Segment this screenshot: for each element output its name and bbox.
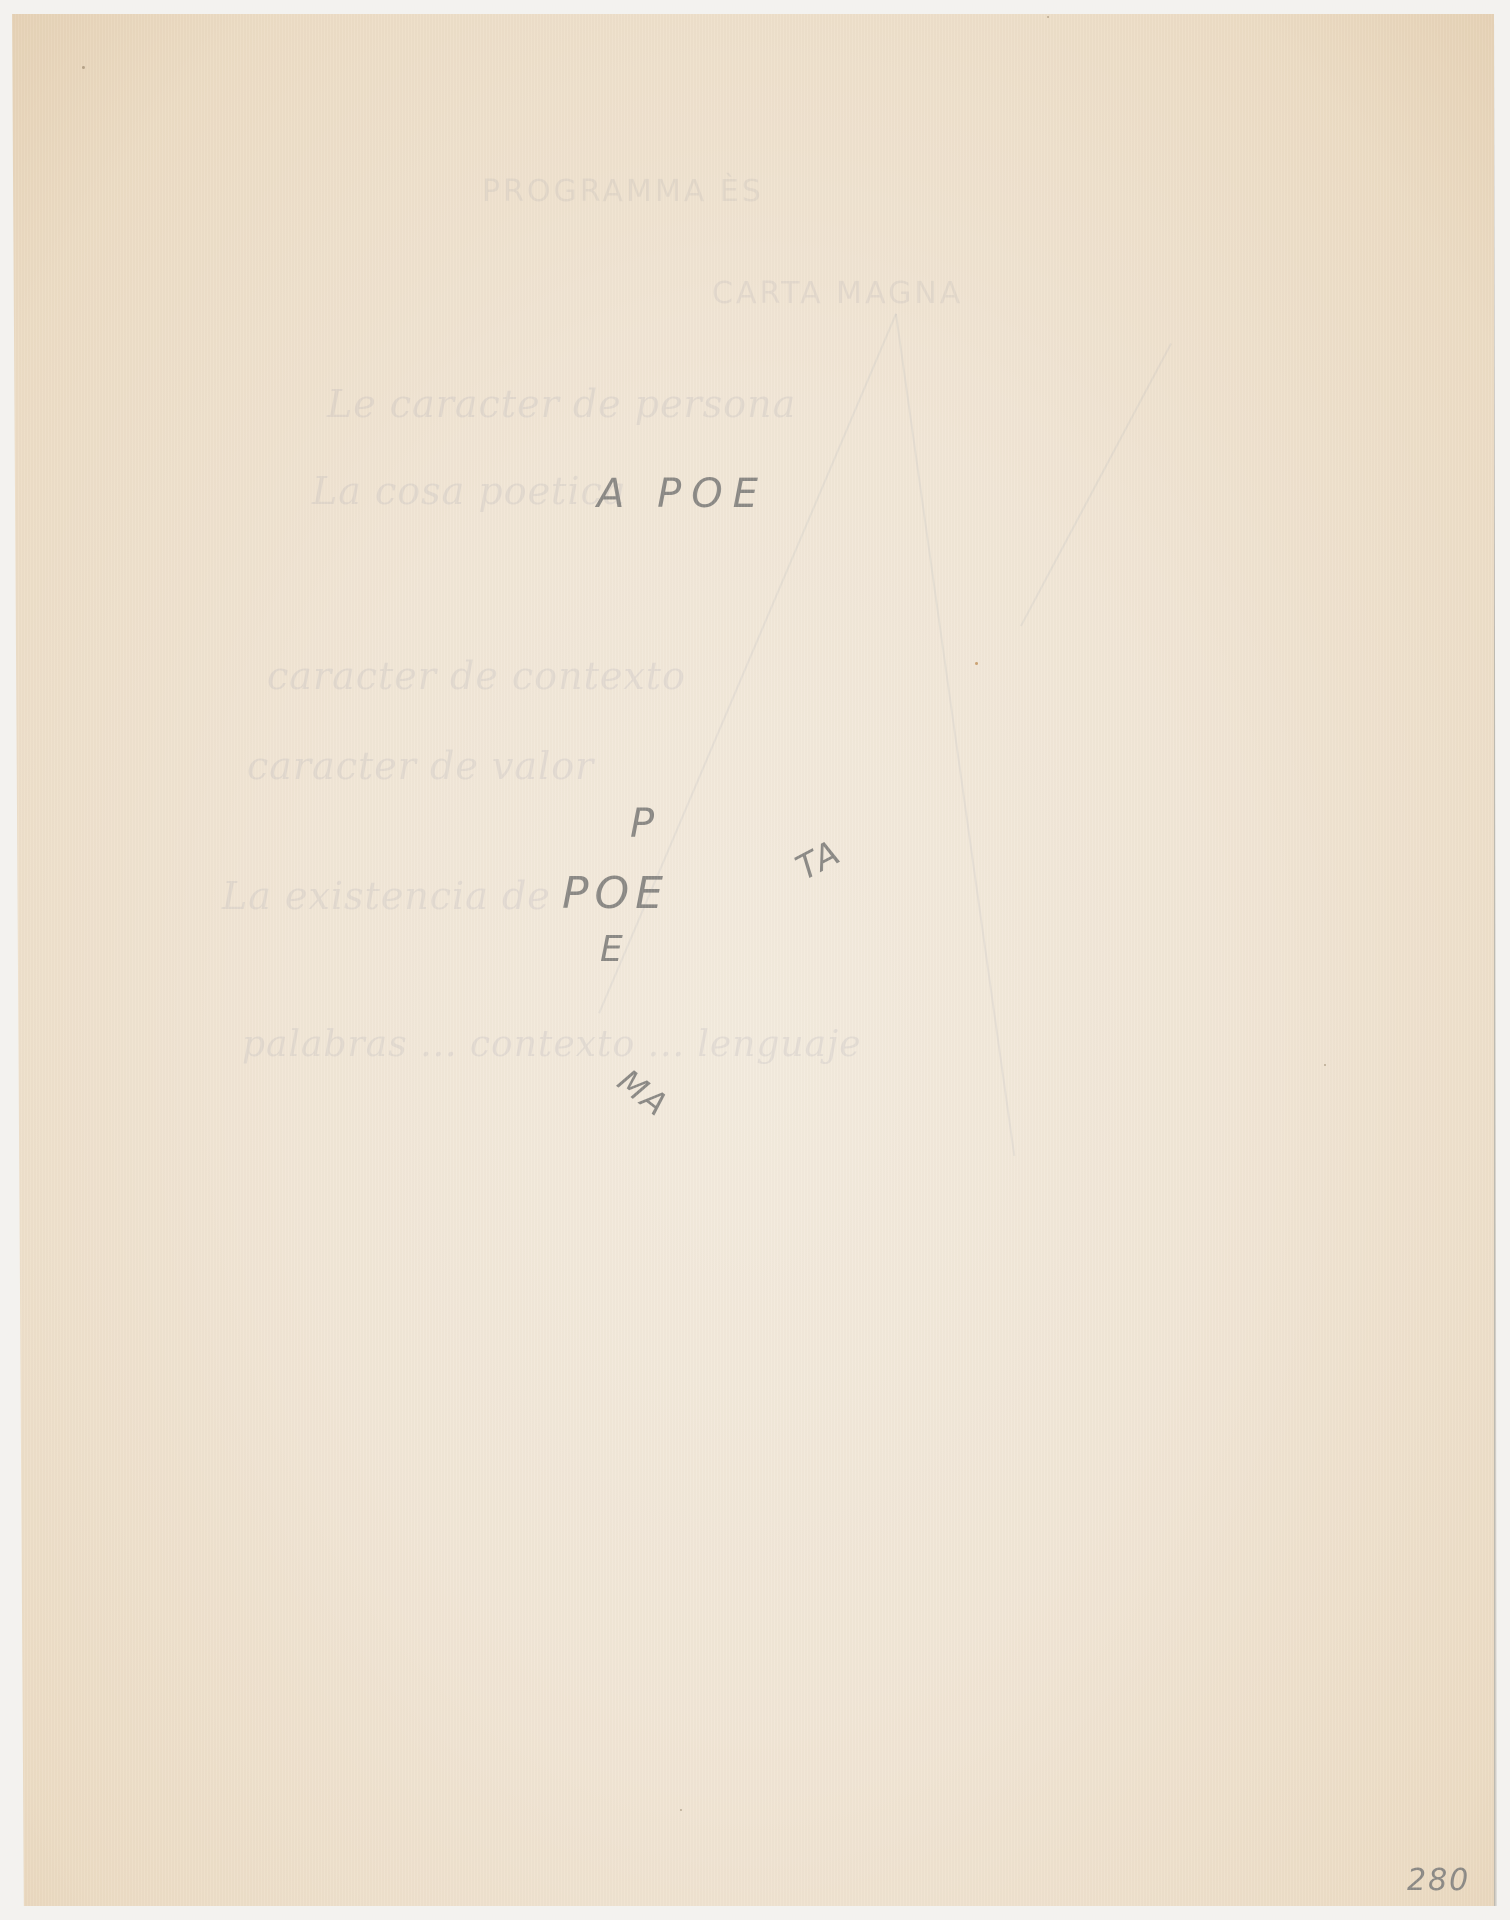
bleed-through-triangle-outer xyxy=(1020,343,1172,626)
bleed-through-triangle-right xyxy=(896,314,1016,1156)
poem-rotated-ma: MA xyxy=(612,1064,674,1122)
bleed-through-line: Le caracter de persona xyxy=(327,382,796,426)
paper-speck xyxy=(1047,16,1049,18)
bleed-through-heading-1: PROGRAMMA ÈS xyxy=(482,174,764,209)
poem-line-a-poe: A POE xyxy=(597,474,768,514)
bleed-through-line: La existencia de xyxy=(222,874,551,918)
paper-speck xyxy=(1324,1064,1326,1066)
poem-cross-bottom-e: E xyxy=(600,932,623,968)
paper-speck xyxy=(680,1809,682,1811)
bleed-through-line: palabras ... contexto ... lenguaje xyxy=(242,1024,862,1065)
bleed-through-heading-2: CARTA MAGNA xyxy=(712,276,963,311)
paper-speck xyxy=(975,662,978,665)
manuscript-page: PROGRAMMA ÈS CARTA MAGNA Le caracter de … xyxy=(12,14,1494,1906)
bleed-through-line: caracter de contexto xyxy=(267,654,686,698)
page-number: 280 xyxy=(1407,1866,1470,1896)
poem-rotated-ta: TA xyxy=(791,835,847,886)
bleed-through-line: La cosa poetica xyxy=(312,469,626,513)
bleed-through-line: caracter de valor xyxy=(247,744,594,788)
poem-cross-top-p: P xyxy=(630,804,654,844)
paper-speck xyxy=(82,66,85,69)
poem-cross-middle-poe: POE xyxy=(562,872,669,916)
